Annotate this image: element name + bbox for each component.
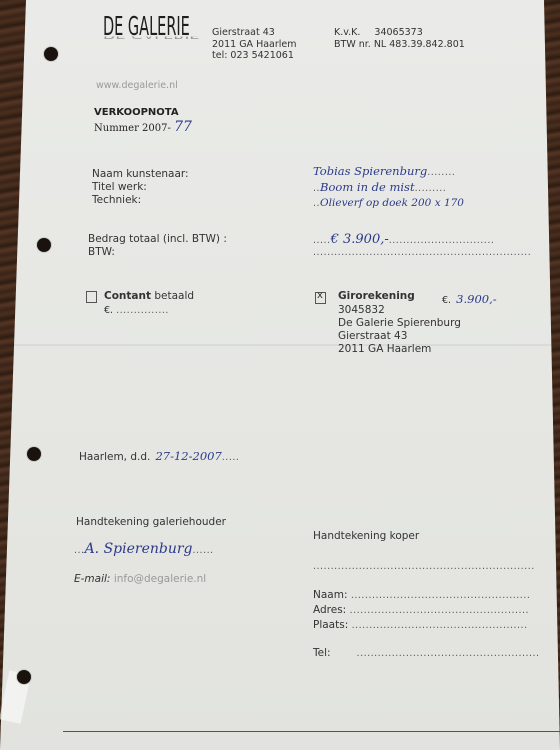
gallery-signature-field[interactable]: ...A. Spierenburg...... [74, 538, 214, 557]
gallery-signature-label: Handtekening galeriehouder [76, 516, 226, 529]
cash-label: Contant betaald [104, 290, 194, 303]
artwork-values: Tobias Spierenburg........ ..Boom in de … [313, 163, 464, 210]
artwork-labels: Naam kunstenaar: Titel werk: Techniek: [92, 168, 189, 207]
gallery-registry: K.v.K.34065373 BTW nr. NL 483.39.842.801 [334, 27, 465, 50]
giro-street: Gierstraat 43 [338, 330, 461, 343]
gallery-address: Gierstraat 43 2011 GA Haarlem tel: 023 5… [212, 27, 297, 62]
btw-field[interactable]: ........................................… [313, 247, 531, 259]
document-number-label: Nummer 2007- [94, 123, 171, 134]
giro-checkbox[interactable] [315, 292, 326, 304]
document-number-value[interactable]: 77 [174, 119, 192, 135]
punch-hole [17, 670, 31, 684]
giro-name: De Galerie Spierenburg [338, 317, 461, 330]
punch-hole [37, 238, 51, 252]
total-field[interactable]: .....€ 3.900,-..........................… [313, 228, 494, 247]
place-date: Haarlem, d.d. 27-12-2007..... [79, 445, 239, 464]
date-field[interactable]: 27-12-2007 [155, 449, 221, 463]
giro-postal-city: 2011 GA Haarlem [338, 343, 461, 356]
buyer-city-field[interactable]: ........................................… [352, 620, 528, 631]
address-street: Gierstraat 43 [212, 27, 297, 39]
kvk-number: 34065373 [374, 27, 422, 38]
buyer-signature-field[interactable]: ........................................… [313, 561, 535, 573]
buyer-details: Naam: ..................................… [313, 588, 540, 661]
giro-account: 3045832 [338, 304, 461, 317]
paper-fold [0, 344, 560, 346]
total-label: Bedrag totaal (incl. BTW) : [88, 233, 227, 246]
title-field[interactable]: Boom in de mist [320, 180, 415, 194]
document-title: VERKOOPNOTA [94, 107, 179, 118]
buyer-city-label: Plaats: [313, 619, 348, 631]
title-label: Titel werk: [92, 181, 189, 194]
buyer-name-field[interactable]: ........................................… [351, 590, 531, 601]
btw-label: BTW: [88, 246, 115, 259]
buyer-tel-field[interactable]: ........................................… [357, 648, 540, 659]
email-line: E-mail: info@degalerie.nl [74, 573, 206, 586]
buyer-address-field[interactable]: ........................................… [350, 605, 530, 616]
cash-checkbox[interactable] [86, 291, 97, 303]
btw-number: BTW nr. NL 483.39.842.801 [334, 39, 465, 51]
address-tel: tel: 023 5421061 [212, 50, 297, 62]
document-number: Nummer 2007- 77 [94, 119, 192, 135]
punch-hole [44, 47, 58, 61]
gallery-logo-reflection: DE GALERIE [103, 37, 200, 41]
buyer-address-label: Adres: [313, 604, 346, 616]
kvk-label: K.v.K. [334, 27, 360, 38]
artist-label: Naam kunstenaar: [92, 168, 189, 181]
email-link[interactable]: info@degalerie.nl [114, 573, 206, 585]
buyer-name-label: Naam: [313, 589, 348, 601]
punch-hole [27, 447, 41, 461]
buyer-tel-label: Tel: [313, 647, 331, 659]
website-link[interactable]: www.degalerie.nl [96, 80, 178, 91]
technique-label: Techniek: [92, 194, 189, 207]
bottom-rule [63, 731, 560, 732]
giro-label: Girorekening [338, 290, 415, 303]
address-postal-city: 2011 GA Haarlem [212, 39, 297, 51]
cash-amount-field[interactable]: €. ............... [104, 305, 169, 317]
buyer-signature-label: Handtekening koper [313, 530, 419, 543]
giro-details: 3045832 De Galerie Spierenburg Gierstraa… [338, 304, 461, 356]
technique-field[interactable]: Olieverf op doek 200 x 170 [320, 197, 464, 209]
artist-field[interactable]: Tobias Spierenburg [313, 164, 427, 178]
